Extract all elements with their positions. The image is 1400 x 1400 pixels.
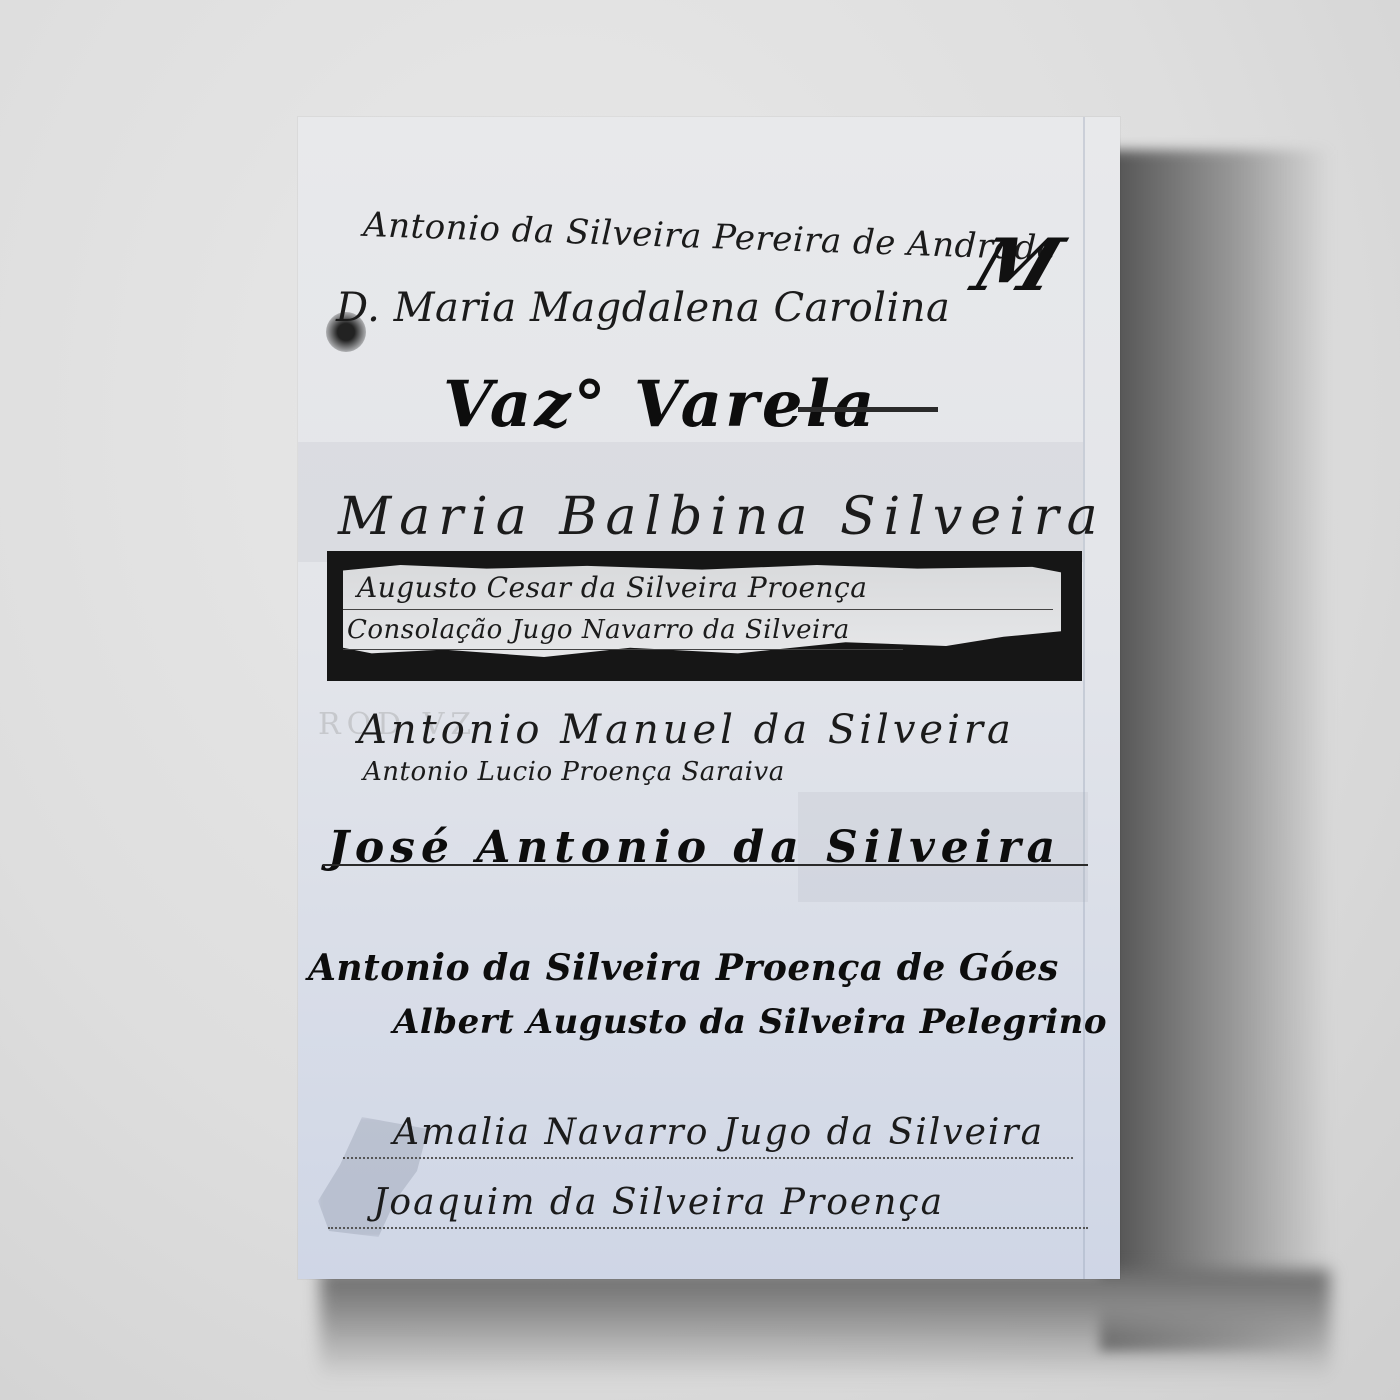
signature: D. Maria Magdalena Carolina [336,285,950,331]
dotted-line [328,1227,1088,1229]
book-shadow-right [1100,150,1330,1350]
signature: Joaquim da Silveira Proença [373,1182,944,1223]
signature: Antonio Manuel da Silveira [358,707,1015,753]
signature-flourish [798,407,938,412]
spine-fold-line [1083,117,1085,1279]
ruled-line [343,649,903,650]
signature: Augusto Cesar da Silveira Proença [357,571,867,604]
signature: Albert Augusto da Silveira Pelegrino [393,1002,1107,1042]
signature: Maria Balbina Silveira [338,487,1106,547]
signature: Antonio Lucio Proença Saraiva [363,757,785,787]
book-shadow-bottom [320,1270,1330,1380]
redaction-strip: Augusto Cesar da Silveira Proença Consol… [327,551,1082,681]
signature: Antonio da Silveira Proença de Góes [308,947,1059,989]
signature: Vaz° Varela [443,367,877,442]
book-back-cover: Antonio da Silveira Pereira de Andrade M… [298,117,1120,1279]
signature: Consolação Jugo Navarro da Silveira [347,615,850,645]
signature: Amalia Navarro Jugo da Silveira [393,1112,1044,1153]
ruled-line [323,864,1088,866]
signature: Antonio da Silveira Pereira de Andrade [363,205,1058,269]
ruled-line [343,609,1053,610]
dotted-line [343,1157,1073,1159]
